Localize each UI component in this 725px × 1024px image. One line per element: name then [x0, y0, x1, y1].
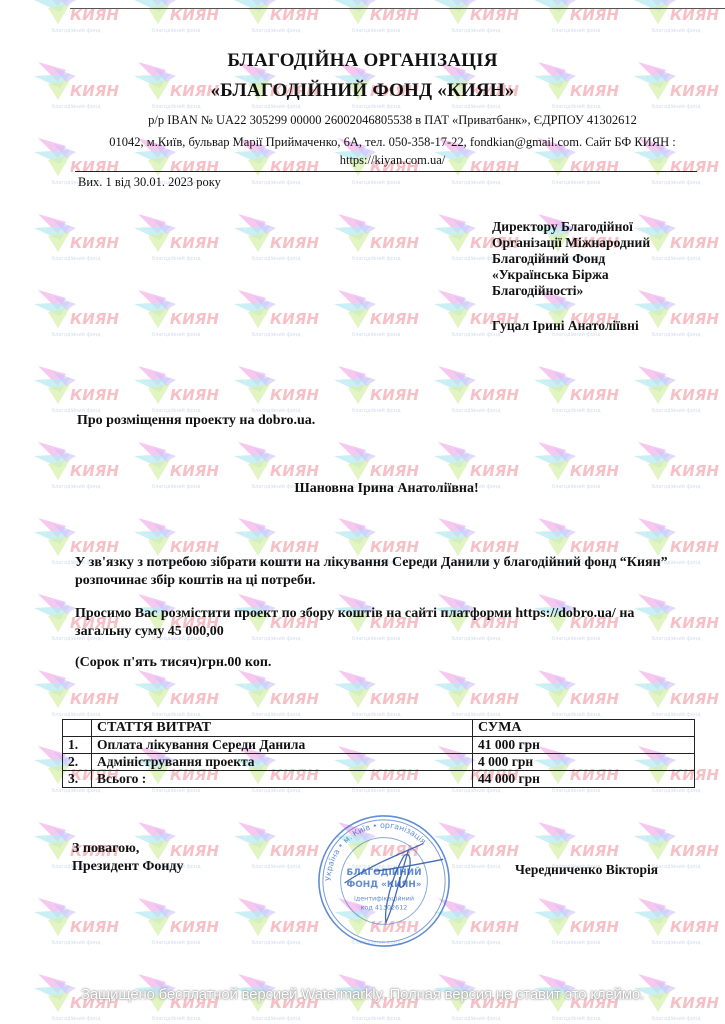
- svg-text:ідентифікаційний: ідентифікаційний: [354, 895, 414, 903]
- header-amount: СУМА: [473, 720, 695, 737]
- header-num: [63, 720, 92, 737]
- header-divider: [75, 171, 697, 172]
- closing-regards: З повагою,: [72, 840, 184, 858]
- greeting: Шановна Ірина Анатоліївна!: [0, 481, 725, 497]
- letter-subject: Про розміщення проекту на dobro.ua.: [77, 413, 315, 429]
- table-row: 3. Всього : 44 000 грн: [63, 771, 695, 788]
- row-num: 3.: [63, 771, 92, 788]
- top-rule: [70, 8, 725, 9]
- row-num: 2.: [63, 754, 92, 771]
- table-header-row: СТАТТЯ ВИТРАТ СУМА: [63, 720, 695, 737]
- letter-page: БЛАГОДІЙНА ОРГАНІЗАЦІЯ «БЛАГОДІЙНИЙ ФОНД…: [0, 0, 725, 1024]
- row-num: 1.: [63, 737, 92, 754]
- recipient-name: Гуцал Ірині Анатоліївні: [492, 318, 639, 334]
- official-stamp: Україна • м. Київ • організація БЛАГОДІЙ…: [315, 812, 453, 950]
- outgoing-number: Вих. 1 від 30.01. 2023 року: [78, 175, 221, 190]
- table-row: 1. Оплата лікування Середи Данила 41 000…: [63, 737, 695, 754]
- org-name: «БЛАГОДІЙНИЙ ФОНД «КИЯН»: [0, 80, 725, 102]
- watermarkly-notice: Защищено бесплатной версией Watermarkly.…: [0, 986, 725, 1003]
- address-contacts: 01042, м.Київ, бульвар Марії Приймаченко…: [60, 135, 725, 150]
- stamp-seal-icon: Україна • м. Київ • організація БЛАГОДІЙ…: [315, 812, 453, 950]
- row-amount: 44 000 грн: [473, 771, 695, 788]
- recipient-line: Благодійний Фонд: [492, 251, 650, 267]
- row-item: Адміністрування проекта: [92, 754, 473, 771]
- row-item: Всього :: [92, 771, 473, 788]
- signer-title: Президент Фонду: [72, 858, 184, 876]
- costs-table: СТАТТЯ ВИТРАТ СУМА 1. Оплата лікування С…: [62, 719, 695, 788]
- recipient-line: Організації Міжнародний: [492, 235, 650, 251]
- website-link[interactable]: https://kiyan.com.ua/: [60, 153, 725, 168]
- table-row: 2. Адміністрування проекта 4 000 грн: [63, 754, 695, 771]
- header-item: СТАТТЯ ВИТРАТ: [92, 720, 473, 737]
- recipient-block: Директору Благодійної Організації Міжнар…: [492, 219, 650, 299]
- paragraph-purpose: У зв'язку з потребою зібрати кошти на лі…: [75, 554, 675, 590]
- row-item: Оплата лікування Середи Данила: [92, 737, 473, 754]
- svg-text:ФОНД «КИЯН»: ФОНД «КИЯН»: [346, 880, 421, 890]
- recipient-line: Директору Благодійної: [492, 219, 650, 235]
- row-amount: 41 000 грн: [473, 737, 695, 754]
- row-amount: 4 000 грн: [473, 754, 695, 771]
- recipient-line: Благодійності»: [492, 283, 650, 299]
- closing-block: З повагою, Президент Фонду: [72, 840, 184, 876]
- org-title: БЛАГОДІЙНА ОРГАНІЗАЦІЯ: [0, 50, 725, 72]
- amount-in-words: (Сорок п'ять тисяч)грн.00 коп.: [75, 654, 675, 672]
- recipient-line: «Українська Біржа: [492, 267, 650, 283]
- paragraph-request: Просимо Вас розмістити проект по збору к…: [75, 605, 675, 641]
- signer-name: Чередниченко Вікторія: [515, 862, 658, 878]
- bank-details: р/р IBAN № UA22 305299 00000 26002046805…: [60, 113, 725, 128]
- svg-text:код 41302612: код 41302612: [361, 904, 408, 912]
